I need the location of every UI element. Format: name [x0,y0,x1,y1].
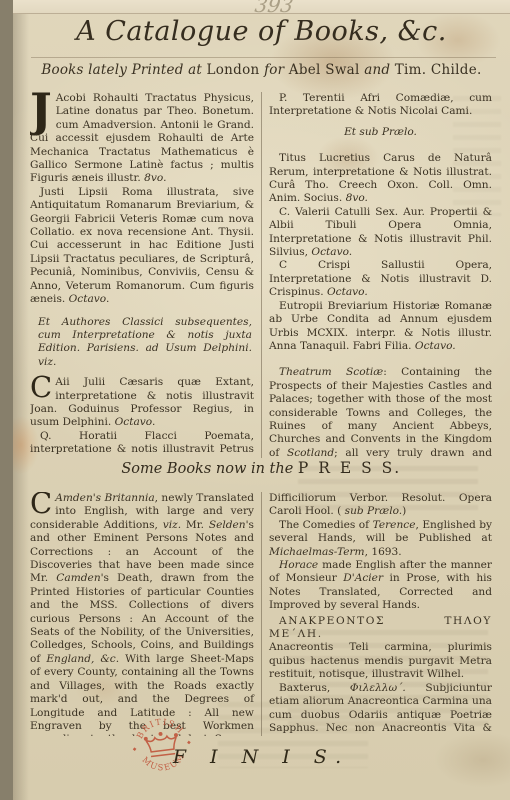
catalogue-entry: P. Terentii Afri Comædiæ, cum Interpreta… [269,92,492,119]
catalogue-entry: ΑΝΑΚΡΕΟΝΤΟΣ ΤΗΛΟΥ ΜΕ΄ΛΗ. [269,615,492,642]
text-run: ) [402,505,406,517]
text-run: Justi Lipsii Roma illustrata, sive Antiq… [30,186,254,305]
drop-cap: C [30,492,55,515]
text-run: Q. Horatii Flacci Poemata, interpretatio… [30,430,254,458]
text-run: Amden's Britannia [55,492,154,504]
text-run: Φιλελλω΄. [350,682,406,694]
scanned-catalogue-page: { "page": { "handwritten_number": "393",… [0,0,510,800]
horizontal-rule [31,57,496,58]
text-run: Octavo. [69,293,110,305]
text-run: , 1693. [365,546,402,558]
page-paper: 393 A Catalogue of Books, &c. Books late… [13,0,510,800]
text-run: Selden [209,519,246,531]
finis-label: F I N I S. [13,746,510,768]
catalogue-entry: Horace made English after the manner of … [269,559,492,613]
catalogue-right-column: P. Terentii Afri Comædiæ, cum Interpreta… [261,92,492,458]
text-run: London [206,62,264,78]
text-run: Et Authores Classici subsequentes, cum I… [38,316,252,368]
text-run: Terence [373,519,416,531]
text-run: for [264,62,289,78]
catalogue-left-column: JAcobi Rohaulti Tractatus Physicus, Lati… [30,92,261,458]
text-run: Tim. Childe. [395,62,482,78]
catalogue-entry: Q. Horatii Flacci Poemata, interpretatio… [30,430,254,458]
press-heading-lead: Some Books now in the [121,461,298,477]
catalogue-entry: Et Authores Classici subsequentes, cum I… [30,316,254,370]
text-run: Books lately Printed at [41,62,206,78]
catalogue-entry: Theatrum Scotiæ: Containing the Prospect… [269,366,492,458]
svg-text:BRITISH: BRITISH [132,714,186,742]
catalogue-entry: Baxterus, Φιλελλω΄. Subjiciuntur etiam a… [269,682,492,736]
drop-cap: J [30,92,56,127]
catalogue-entry: Et sub Prælo. [269,126,492,139]
catalogue-entry: Justi Lipsii Roma illustrata, sive Antiq… [30,186,254,307]
text-run: sub Prælo. [345,505,403,517]
text-run: Octavo. [115,416,156,428]
text-run: P. Terentii Afri Comædiæ, cum Interpreta… [269,92,492,117]
text-run: Octavo. [327,286,368,298]
page-top-edge: 393 [13,0,510,14]
text-run: Octavo. [415,340,456,352]
text-run: Michaelmas-Term [269,546,365,558]
text-run: viz. [163,519,181,531]
press-right-column: Difficiliorum Verbor. Resolut. Opera Car… [261,492,492,736]
press-left-column: CAmden's Britannia, newly Translated int… [30,492,261,736]
text-run: Camden [56,572,100,584]
catalogue-entry: CAmden's Britannia, newly Translated int… [30,492,254,736]
drop-cap: C [30,376,55,399]
handwritten-page-number: 393 [253,0,295,17]
text-run: C. Valerii Catulli Sex. Aur. Propertii &… [269,206,492,258]
imprint-line: Books lately Printed at London for Abel … [13,62,510,78]
catalogue-entry: C. Valerii Catulli Sex. Aur. Propertii &… [269,206,492,260]
stamp-top-text: BRITISH [132,714,186,742]
text-run: Acobi Rohaulti Tractatus Physicus, Latin… [30,92,254,184]
text-run: and [364,62,394,78]
text-run: 8vo. [346,192,368,204]
text-run: Scotland [287,447,334,458]
text-run: Titus Lucretius Carus de Naturâ Rerum, i… [269,152,492,204]
text-run: 8vo. [144,172,166,184]
text-run: : Containing the Prospects of their Maje… [269,366,492,458]
catalogue-entry: C Crispi Sallustii Opera, Interpretation… [269,259,492,299]
text-run: Horace [279,559,318,571]
text-run: Anacreontis Teli carmina, plurimis quibu… [269,641,492,680]
text-run: 's Death, drawn from the Printed Histori… [30,572,254,664]
press-section: CAmden's Britannia, newly Translated int… [30,492,492,736]
text-run: C Crispi Sallustii Opera, Interpretation… [269,259,492,298]
text-run: Theatrum Scotiæ [279,366,383,378]
catalogue-entry: Eutropii Breviarium Historiæ Romanæ ab U… [269,300,492,354]
catalogue-entry: CAii Julii Cæsaris quæ Extant, interpret… [30,376,254,430]
text-run: Et sub Prælo. [344,126,417,138]
text-run: ΑΝΑΚΡΕΟΝΤΟΣ ΤΗΛΟΥ ΜΕ΄ΛΗ. [269,615,492,640]
catalogue-entry: JAcobi Rohaulti Tractatus Physicus, Lati… [30,92,254,186]
text-run: Eutropii Breviarium Historiæ Romanæ ab U… [269,300,492,352]
press-section-heading: Some Books now in the P R E S S. [13,458,510,477]
catalogue-entry: Titus Lucretius Carus de Naturâ Rerum, i… [269,152,492,206]
text-run: The Comedies of [279,519,373,531]
page-title: A Catalogue of Books, &c. [13,16,510,47]
text-run: Baxterus, [279,682,350,694]
text-run: Octavo. [311,246,352,258]
text-run: D'Acier [343,572,383,584]
text-run: England, &c. [46,653,119,665]
catalogue-entry: Anacreontis Teli carmina, plurimis quibu… [269,641,492,681]
text-run: Abel Swal [289,62,364,78]
catalogue-entry: The Comedies of Terence, Englished by se… [269,519,492,559]
catalogue-section: JAcobi Rohaulti Tractatus Physicus, Lati… [30,92,492,458]
text-run: Mr. [181,519,209,531]
press-heading-caps: P R E S S. [298,459,402,477]
catalogue-entry: Difficiliorum Verbor. Resolut. Opera Car… [269,492,492,519]
